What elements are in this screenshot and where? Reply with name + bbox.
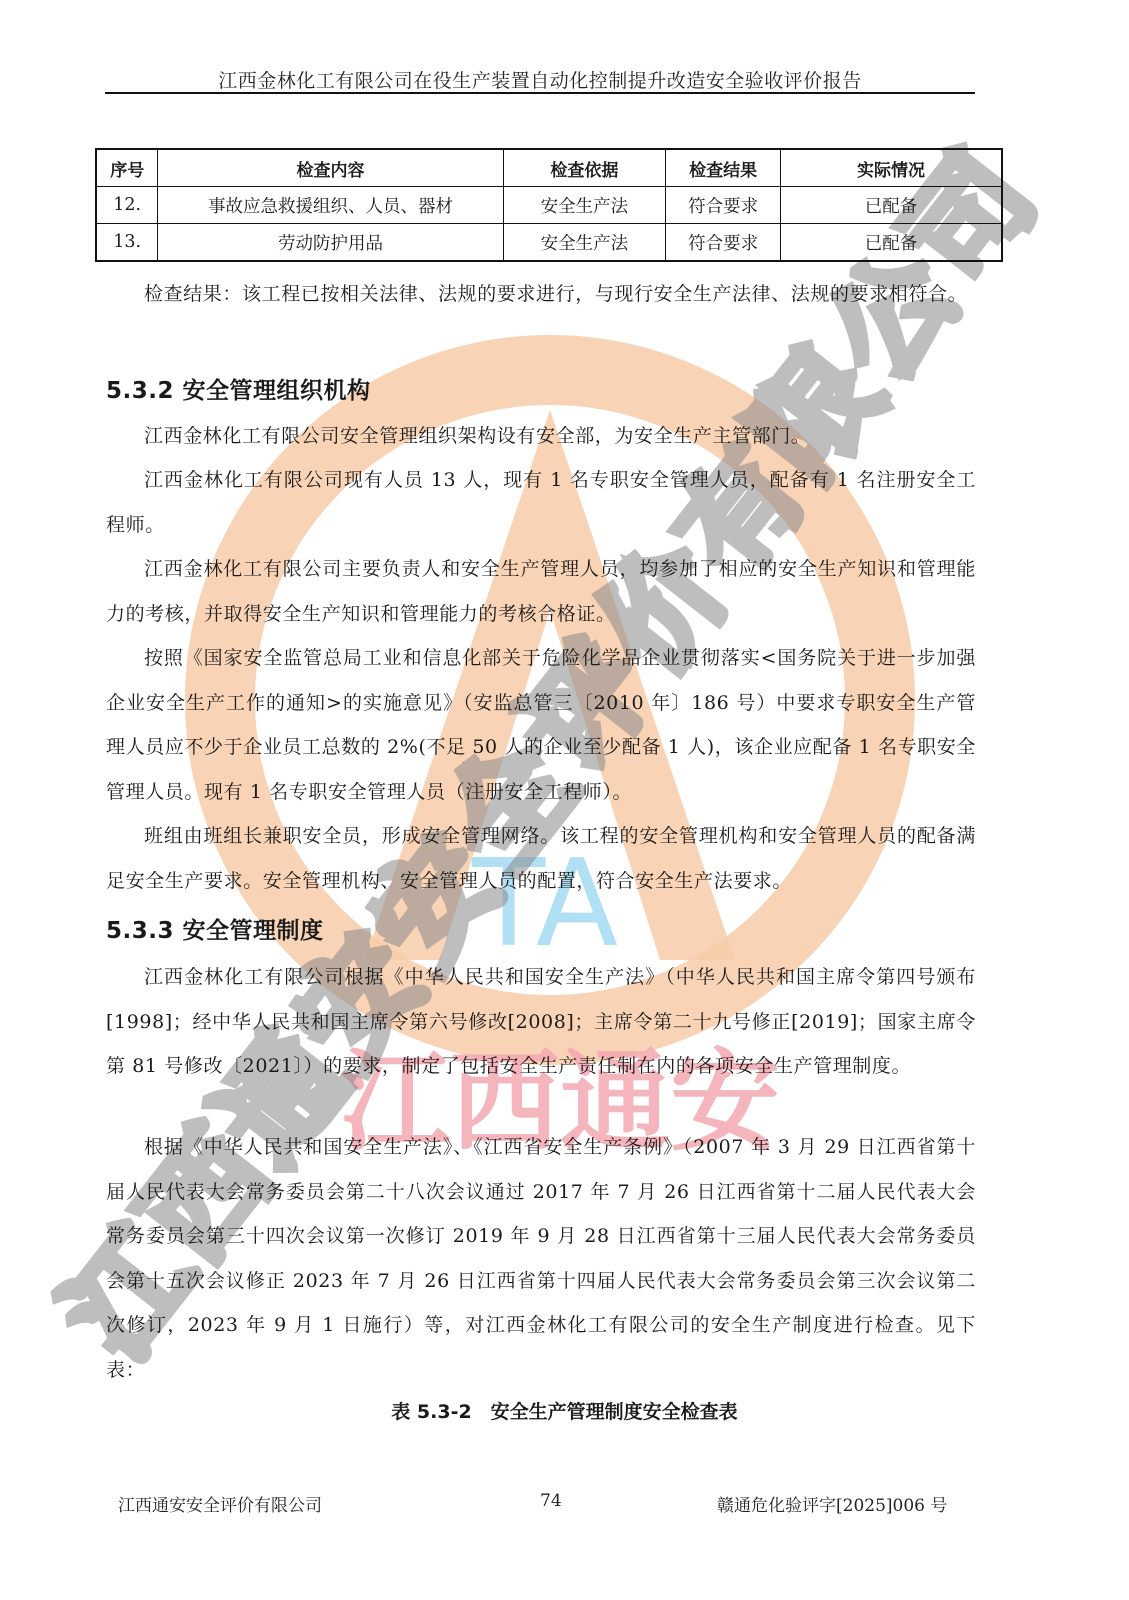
cell-result: 符合要求 <box>666 187 781 224</box>
col-header-content: 检查内容 <box>158 149 503 187</box>
cell-content: 事故应急救援组织、人员、器材 <box>158 187 503 224</box>
table-header-row: 序号 检查内容 检查依据 检查结果 实际情况 <box>96 149 1002 187</box>
section-heading-5-3-2: 5.3.2 安全管理组织机构 <box>106 372 371 405</box>
table-row: 12. 事故应急救援组织、人员、器材 安全生产法 符合要求 已配备 <box>96 187 1002 224</box>
inspection-table: 序号 检查内容 检查依据 检查结果 实际情况 12. 事故应急救援组织、人员、器… <box>95 148 1003 262</box>
running-header-title: 江西金林化工有限公司在役生产装置自动化控制提升改造安全验收评价报告 <box>105 66 975 93</box>
footer-document-number: 赣通危化验评字[2025]006 号 <box>717 1491 947 1516</box>
cell-actual: 已配备 <box>780 224 1002 262</box>
paragraph: 根据《中华人民共和国安全生产法》、《江西省安全生产条例》（2007 年 3 月 … <box>106 1125 976 1392</box>
paragraph: 江西金林化工有限公司安全管理组织架构设有安全部，为安全生产主管部门。 <box>106 414 976 459</box>
cell-no: 12. <box>96 187 158 224</box>
inspection-conclusion: 检查结果：该工程已按相关法律、法规的要求进行，与现行安全生产法律、法规的要求相符… <box>106 272 976 317</box>
col-header-actual: 实际情况 <box>780 149 1002 187</box>
cell-no: 13. <box>96 224 158 262</box>
paragraph: 江西金林化工有限公司现有人员 13 人，现有 1 名专职安全管理人员，配备有 1… <box>106 458 976 547</box>
cell-basis: 安全生产法 <box>503 187 666 224</box>
col-header-result: 检查结果 <box>666 149 781 187</box>
section-heading-5-3-3: 5.3.3 安全管理制度 <box>106 912 324 945</box>
paragraph: 班组由班组长兼职安全员，形成安全管理网络。该工程的安全管理机构和安全管理人员的配… <box>106 814 976 903</box>
cell-content: 劳动防护用品 <box>158 224 503 262</box>
document-page: 江西金林化工有限公司在役生产装置自动化控制提升改造安全验收评价报告 序号 检查内… <box>0 0 1129 1600</box>
paragraph: 按照《国家安全监管总局工业和信息化部关于危险化学品企业贯彻落实<国务院关于进一步… <box>106 636 976 814</box>
paragraph: 江西金林化工有限公司根据《中华人民共和国安全生产法》（中华人民共和国主席令第四号… <box>106 955 976 1089</box>
paragraph: 江西金林化工有限公司主要负责人和安全生产管理人员，均参加了相应的安全生产知识和管… <box>106 547 976 636</box>
cell-actual: 已配备 <box>780 187 1002 224</box>
col-header-no: 序号 <box>96 149 158 187</box>
header-rule <box>105 92 975 94</box>
cell-result: 符合要求 <box>666 224 781 262</box>
col-header-basis: 检查依据 <box>503 149 666 187</box>
table-row: 13. 劳动防护用品 安全生产法 符合要求 已配备 <box>96 224 1002 262</box>
cell-basis: 安全生产法 <box>503 224 666 262</box>
footer-company: 江西通安安全评价有限公司 <box>118 1491 322 1516</box>
table-caption: 表 5.3-2 安全生产管理制度安全检查表 <box>0 1397 1129 1424</box>
footer-page-number: 74 <box>540 1491 562 1511</box>
